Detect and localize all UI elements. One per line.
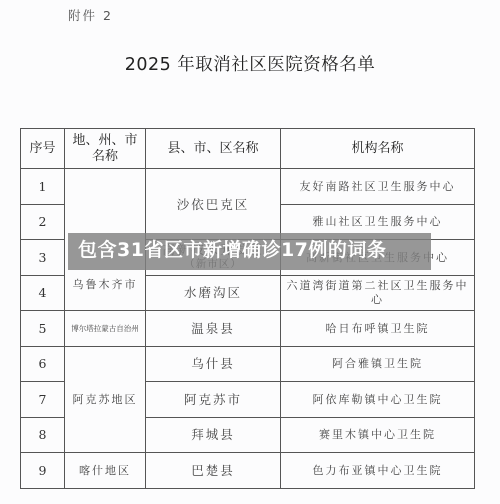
header-prefecture-line1: 地、州、市: [72, 133, 137, 148]
cell-county: 拜城县: [146, 417, 281, 453]
table-row: 5 博尔塔拉蒙古自治州 温泉县 哈日布呼镇卫生院: [21, 311, 475, 347]
cell-county: 沙依巴克区: [146, 169, 281, 240]
cell-institution: 友好南路社区卫生服务中心: [281, 169, 475, 205]
cell-institution: 哈日布呼镇卫生院: [281, 311, 475, 347]
cell-institution: 色力布亚镇中心卫生院: [281, 453, 475, 489]
cell-no: 2: [21, 204, 65, 240]
table-row: 9 喀什地区 巴楚县 色力布亚镇中心卫生院: [21, 453, 475, 489]
cell-prefecture: 阿克苏地区: [65, 346, 146, 453]
page-title: 2025 年取消社区医院资格名单: [0, 51, 500, 76]
header-prefecture-line2: 名称: [92, 149, 118, 164]
cell-county: 温泉县: [146, 311, 281, 347]
cell-county: 水磨沟区: [146, 275, 281, 311]
table-row: 1 乌鲁木齐市 沙依巴克区 友好南路社区卫生服务中心: [21, 169, 475, 205]
cell-county: 阿克苏市: [146, 382, 281, 418]
header-no: 序号: [21, 129, 65, 169]
cell-institution: 赛里木镇中心卫生院: [281, 417, 475, 453]
caption-overlay-text: 包含31省区市新增确诊17例的词条: [78, 236, 386, 264]
cell-no: 4: [21, 275, 65, 311]
cell-no: 9: [21, 453, 65, 489]
cell-institution: 六道湾街道第二社区卫生服务中心: [281, 275, 475, 311]
cell-no: 1: [21, 169, 65, 205]
cell-county: 巴楚县: [146, 453, 281, 489]
attachment-label: 附件 2: [68, 6, 113, 24]
header-prefecture: 地、州、市 名称: [65, 129, 146, 169]
cell-no: 8: [21, 417, 65, 453]
cell-no: 3: [21, 240, 65, 276]
cell-institution: 阿依库勒镇中心卫生院: [281, 382, 475, 418]
cell-no: 5: [21, 311, 65, 347]
cell-prefecture: 喀什地区: [65, 453, 146, 489]
cell-county: 乌什县: [146, 346, 281, 382]
header-institution: 机构名称: [281, 129, 475, 169]
table-row: 6 阿克苏地区 乌什县 阿合雅镇卫生院: [21, 346, 475, 382]
cell-no: 7: [21, 382, 65, 418]
revoked-hospitals-table: 序号 地、州、市 名称 县、市、区名称 机构名称 1 乌鲁木齐市 沙依巴克区 友…: [20, 128, 475, 489]
cell-prefecture: 博尔塔拉蒙古自治州: [65, 311, 146, 347]
header-county: 县、市、区名称: [146, 129, 281, 169]
table-header-row: 序号 地、州、市 名称 县、市、区名称 机构名称: [21, 129, 475, 169]
cell-institution: 阿合雅镇卫生院: [281, 346, 475, 382]
cell-no: 6: [21, 346, 65, 382]
